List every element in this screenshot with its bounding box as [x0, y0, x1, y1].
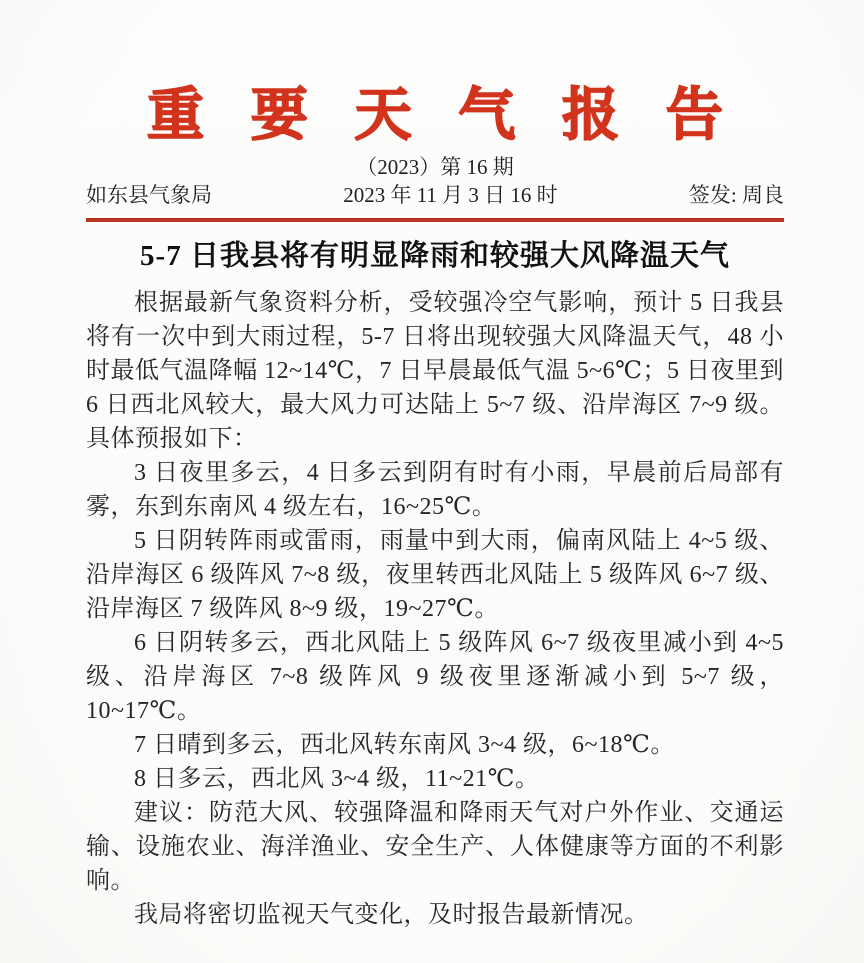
report-title: 5-7 日我县将有明显降雨和较强大风降温天气 [86, 238, 784, 274]
body-paragraph-day7: 7 日晴到多云，西北风转东南风 3~4 级，6~18℃。 [86, 728, 784, 762]
weather-report-document: 重要天气报告 （2023）第 16 期 如东县气象局 2023 年 11 月 3… [0, 0, 864, 963]
issue-datetime: 2023 年 11 月 3 日 16 时 [343, 182, 557, 209]
body-paragraph-day3-4: 3 日夜里多云，4 日多云到阴有时有小雨，早晨前后局部有雾，东到东南风 4 级左… [86, 456, 784, 524]
masthead-title: 重要天气报告 [86, 84, 784, 148]
body-paragraph-day5: 5 日阴转阵雨或雷雨，雨量中到大雨，偏南风陆上 4~5 级、沿岸海区 6 级阵风… [86, 524, 784, 626]
body-paragraph-day8: 8 日多云，西北风 3~4 级，11~21℃。 [86, 762, 784, 796]
body-paragraph-closing: 我局将密切监视天气变化，及时报告最新情况。 [86, 898, 784, 932]
body-paragraph-intro: 根据最新气象资料分析，受较强冷空气影响，预计 5 日我县将有一次中到大雨过程，5… [86, 286, 784, 456]
document-sheet: 重要天气报告 （2023）第 16 期 如东县气象局 2023 年 11 月 3… [0, 0, 864, 932]
issue-number: （2023）第 16 期 [86, 154, 784, 181]
issuer-signature: 签发: 周良 [689, 182, 784, 209]
red-divider-rule [86, 218, 784, 222]
body-paragraph-advice: 建议：防范大风、较强降温和降雨天气对户外作业、交通运输、设施农业、海洋渔业、安全… [86, 796, 784, 898]
report-body: 根据最新气象资料分析，受较强冷空气影响，预计 5 日我县将有一次中到大雨过程，5… [86, 286, 784, 932]
document-meta-row: 如东县气象局 2023 年 11 月 3 日 16 时 签发: 周良 [86, 182, 784, 209]
agency-name: 如东县气象局 [86, 182, 212, 209]
body-paragraph-day6: 6 日阴转多云，西北风陆上 5 级阵风 6~7 级夜里减小到 4~5 级、沿岸海… [86, 626, 784, 728]
